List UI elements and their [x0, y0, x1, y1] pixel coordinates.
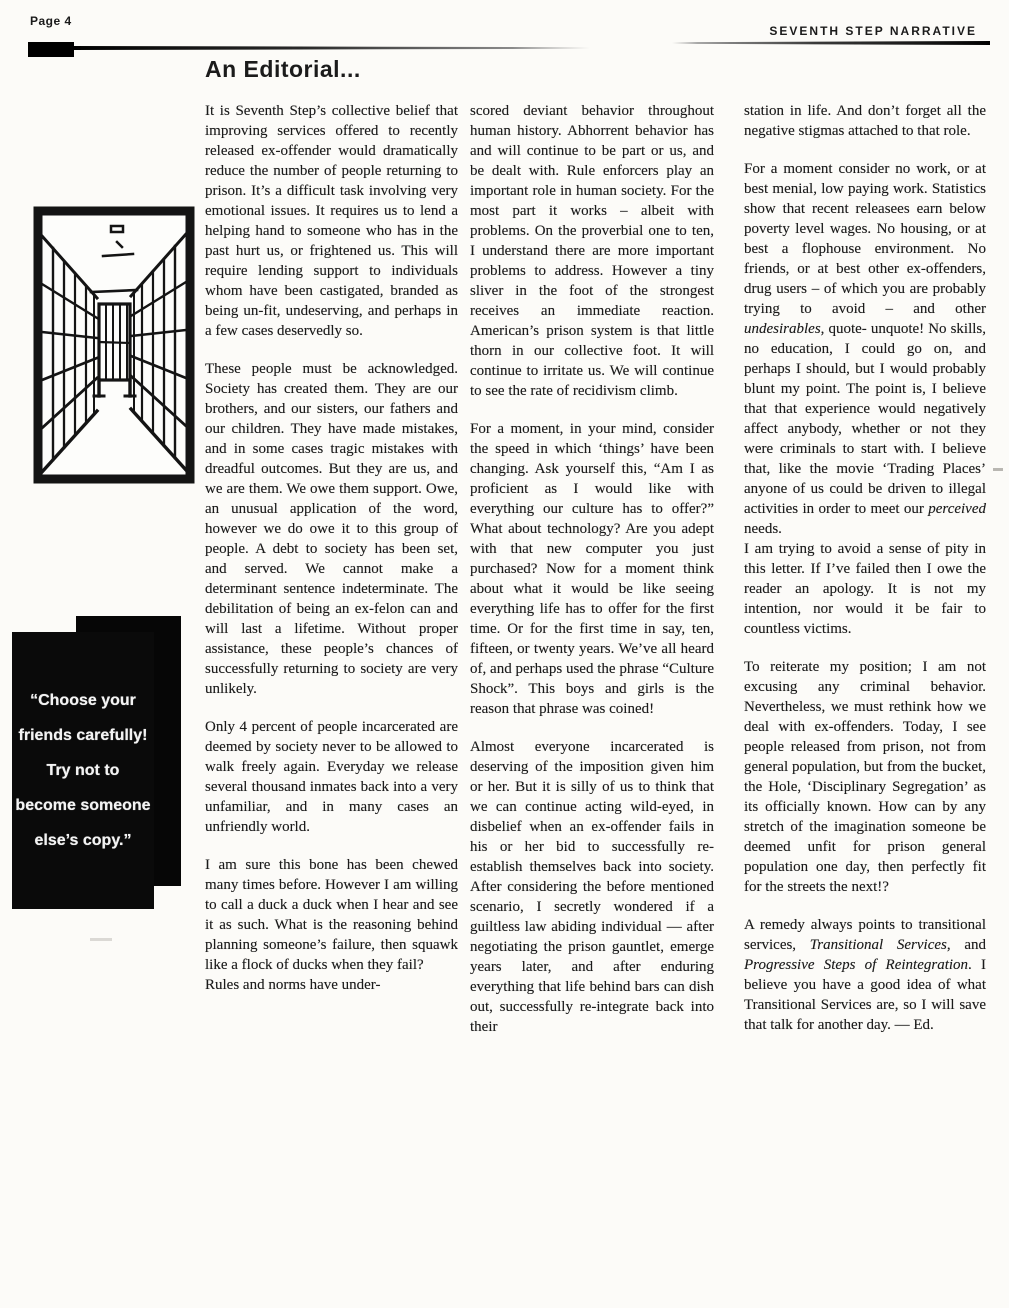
end-gate	[91, 290, 137, 396]
body-text: I am trying to avoid a sense of pity in …	[744, 541, 986, 637]
article-column-1: It is Seventh Step’s collective belief t…	[205, 101, 458, 995]
body-text: , quote- unquote! No skills, no educatio…	[744, 321, 986, 517]
article-paragraph: Rules and norms have under-	[205, 975, 458, 995]
scan-speck	[90, 938, 112, 941]
article-column-3: station in life. And don’t forget all th…	[744, 101, 986, 1035]
pull-quote-line: become someone	[12, 788, 154, 823]
body-text: To reiterate my position; I am not excus…	[744, 659, 986, 895]
italic-text: perceived	[928, 501, 986, 517]
article-paragraph: For a moment consider no work, or at bes…	[744, 159, 986, 539]
body-text: , and	[947, 937, 986, 953]
body-text: For a moment consider no work, or at bes…	[744, 161, 986, 317]
article-paragraph: scored deviant behavior throughout human…	[470, 101, 714, 401]
italic-text: undesirables	[744, 321, 821, 337]
article-paragraph: A remedy always points to transitional s…	[744, 915, 986, 1035]
article-paragraph: I am sure this bone has been chewed many…	[205, 855, 458, 975]
article-paragraph: It is Seventh Step’s collective belief t…	[205, 101, 458, 341]
body-text: I am sure this bone has been chewed many…	[205, 857, 458, 973]
header-rule-right	[672, 41, 990, 45]
newsletter-page: Page 4 SEVENTH STEP NARRATIVE An Editori…	[0, 0, 1009, 1308]
header-rule-left	[74, 46, 590, 50]
prison-corridor-icon	[33, 206, 195, 484]
article-paragraph: These people must be acknowledged. Socie…	[205, 359, 458, 699]
header-rule-block	[28, 42, 74, 57]
body-text: These people must be acknowledged. Socie…	[205, 361, 458, 697]
pull-quote-line: “Choose your	[12, 683, 154, 718]
article-paragraph: Only 4 percent of people incarcerated ar…	[205, 717, 458, 837]
article-paragraph: I am trying to avoid a sense of pity in …	[744, 539, 986, 639]
body-text: needs.	[744, 521, 782, 537]
article-paragraph: To reiterate my position; I am not excus…	[744, 657, 986, 897]
page-number-label: Page 4	[30, 14, 72, 28]
italic-text: Progressive Steps of Reintegration	[744, 957, 968, 973]
body-text: It is Seventh Step’s collective belief t…	[205, 103, 458, 339]
pull-quote-line: else’s copy.”	[12, 823, 154, 858]
article-paragraph: station in life. And don’t forget all th…	[744, 101, 986, 141]
body-text: Rules and norms have under-	[205, 977, 381, 993]
article-column-2: scored deviant behavior throughout human…	[470, 101, 714, 1037]
body-text: Only 4 percent of people incarcerated ar…	[205, 719, 458, 835]
italic-text: Transitional Services	[810, 937, 947, 953]
article-paragraph: Almost everyone incarcerated is deservin…	[470, 737, 714, 1037]
body-text: For a moment, in your mind, consider the…	[470, 421, 714, 717]
article-paragraph: For a moment, in your mind, consider the…	[470, 419, 714, 719]
body-text: station in life. And don’t forget all th…	[744, 103, 986, 139]
pull-quote-panel: “Choose yourfriends carefully!Try not to…	[12, 632, 154, 909]
body-text: scored deviant behavior throughout human…	[470, 103, 714, 399]
prison-corridor-illustration	[33, 206, 195, 484]
pull-quote-text: “Choose yourfriends carefully!Try not to…	[12, 683, 154, 858]
pull-quote-line: Try not to	[12, 753, 154, 788]
pull-quote-box: “Choose yourfriends carefully!Try not to…	[12, 616, 182, 910]
pull-quote-line: friends carefully!	[12, 718, 154, 753]
scan-speck	[993, 468, 1003, 471]
masthead-title: SEVENTH STEP NARRATIVE	[769, 24, 977, 38]
article-title: An Editorial...	[205, 56, 361, 83]
body-text: Almost everyone incarcerated is deservin…	[470, 739, 714, 1035]
